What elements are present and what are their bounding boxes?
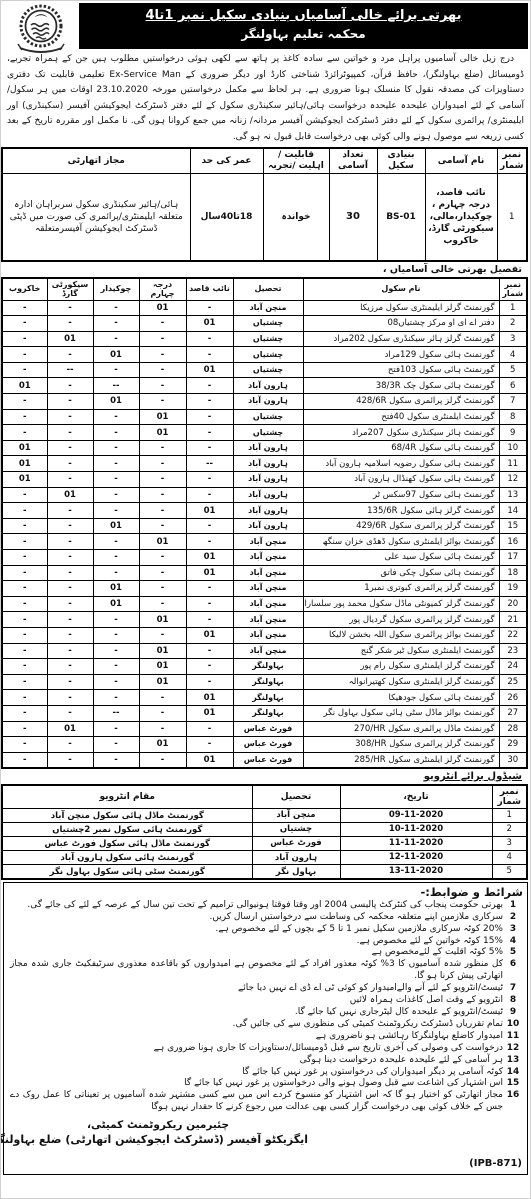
table-cell: - — [93, 440, 139, 456]
term-item: 8انٹرویو کے وقت اصل کاغذات ہمراہ لائیں — [8, 995, 523, 1007]
table-cell: - — [186, 581, 233, 597]
term-item: 7ٹیسٹ/انٹرویو کے لئے آنے والےامیدوار کو … — [8, 983, 523, 995]
table-cell: 01 — [139, 425, 186, 441]
table-cell: گورنمنٹ گرلز پرائمری سکول 428/6R — [303, 394, 499, 410]
department-name: محکمہ تعلیم بہاولنگر — [83, 25, 524, 43]
table-cell: - — [139, 472, 186, 488]
table-cell: - — [2, 752, 47, 768]
table-cell: گورنمنٹ ہائی سکول ہارون آباد — [2, 850, 252, 864]
table-cell: - — [186, 331, 233, 347]
term-number: 14 — [503, 1067, 523, 1079]
table-cell: -- — [93, 705, 139, 721]
table-cell: - — [186, 394, 233, 410]
table-cell: گورنمنٹ ایلمنٹری سکول ٹبر شکر گنج — [303, 643, 499, 659]
table-cell: گورنمنٹ ہائی سکول سید علی — [303, 550, 499, 566]
table-cell: - — [2, 643, 47, 659]
table-cell: - — [2, 503, 47, 519]
advert-reference-code: (IPB-871) — [469, 1158, 522, 1169]
table-cell: 01 — [93, 394, 139, 410]
table-cell: - — [2, 737, 47, 753]
table-cell: 22 — [499, 627, 527, 643]
table-cell: - — [47, 300, 93, 316]
table-cell: - — [139, 394, 186, 410]
table-cell: گورنمنٹ ہائی سکول 103فتح — [303, 362, 499, 378]
term-number: 8 — [503, 995, 523, 1007]
table-cell: گورنمنٹ گرلز کمیونٹی ماڈل سکول محمد پور … — [303, 596, 499, 612]
table-row: 8گورنمنٹ ایلمنٹری سکول 40فتحچشتیاں-01--- — [2, 409, 527, 425]
table-cell: -- — [47, 362, 93, 378]
table-cell: نائب قاصد، درجہ چہارم ، چوکیدار،مالی، سی… — [425, 174, 497, 261]
table-cell: 4 — [499, 347, 527, 363]
table-cell: 16 — [499, 534, 527, 550]
table-cell: - — [93, 503, 139, 519]
table-cell: - — [47, 409, 93, 425]
table-cell: - — [47, 752, 93, 768]
interview-schedule-table: نمبر شمارتاریخ،تحصیلمقام انٹرویو 109-11-… — [1, 784, 528, 880]
table-cell: گورنمنٹ گرلز ایلمنٹری سکول ‎285‎/HR — [303, 752, 499, 768]
punjab-government-crest-logo — [3, 3, 79, 49]
table-cell: - — [2, 409, 47, 425]
table-cell: 01 — [47, 487, 93, 503]
table-cell: 12-11-2020 — [340, 850, 492, 864]
table-cell: منچن آباد — [233, 300, 303, 316]
table-cell: گورنمنٹ ایلمنٹری سکول 40فتح — [303, 409, 499, 425]
table-cell: ہارون آباد — [233, 456, 303, 472]
table-cell: خواندہ — [263, 174, 329, 261]
table-cell: - — [47, 705, 93, 721]
table-row: 10گورنمنٹ ہائی سکول 68/4Rہارون آباد----0… — [2, 440, 527, 456]
table-cell: 7 — [499, 394, 527, 410]
table-cell: - — [139, 378, 186, 394]
table-row: 27گورنمنٹ بوائز ماڈل سٹی ہائی سکول بہاول… — [2, 705, 527, 721]
table-cell: 14 — [499, 503, 527, 519]
table-row: 2دفتر اے ای او مرکز چشتیاں08چشتیاں01---- — [2, 316, 527, 332]
table-row: 18گورنمنٹ ہائی سکول چکی فاتقمنچن آباد01-… — [2, 565, 527, 581]
column-header: بنیادی سکیل — [377, 148, 425, 174]
table-cell: چشتیاں — [233, 409, 303, 425]
table-cell: 21 — [499, 612, 527, 628]
table-cell: 18تا40سال — [190, 174, 263, 261]
table-cell: - — [93, 300, 139, 316]
table-cell: BS-01 — [377, 174, 425, 261]
term-text: امیدوار کاضلع بہاولنگرکا رہائشی ہو ناضرو… — [8, 1031, 503, 1043]
table-cell: - — [47, 581, 93, 597]
table-row: 3گورنمنٹ گرلز ہائر سیکنڈری سکول 202مرادچ… — [2, 331, 527, 347]
table-cell: گورنمنٹ گرلز ایلمنٹری سکول رام پور — [303, 659, 499, 675]
vacancy-table-header-row: نمبر شمارنام سکولتحصیلنائب قاصددرجہ چہار… — [2, 278, 527, 301]
table-cell: 01 — [186, 752, 233, 768]
table-row: 26گورنمنٹ ہائی سکول جودھیکابہاولنگر01---… — [2, 690, 527, 706]
table-cell: - — [186, 409, 233, 425]
term-item: 13ہر آسامی کے لئے علیحدہ علیحدہ درخواست … — [8, 1055, 523, 1067]
table-cell: 8 — [499, 409, 527, 425]
table-cell: - — [2, 565, 47, 581]
table-cell: - — [139, 456, 186, 472]
term-item: 1بھرتی حکومت پنجاب کی کنٹرکٹ پالیسی 2004… — [8, 900, 523, 912]
table-cell: - — [47, 659, 93, 675]
table-cell: فورٹ عباس — [233, 752, 303, 768]
table-cell: - — [186, 300, 233, 316]
table-cell: - — [2, 581, 47, 597]
table-cell: 4 — [492, 850, 527, 864]
table-cell: 26 — [499, 690, 527, 706]
table-cell: 01 — [139, 300, 186, 316]
table-cell: - — [186, 612, 233, 628]
table-cell: 01 — [47, 331, 93, 347]
table-cell: 12 — [499, 472, 527, 488]
table-cell: 01 — [186, 627, 233, 643]
table-cell: گورنمنٹ ہائی سکول جودھیکا — [303, 690, 499, 706]
interview-schedule-label: شیڈول برائے انٹرویو — [9, 771, 522, 783]
table-cell: بہاولنگر — [233, 674, 303, 690]
table-cell: - — [2, 627, 47, 643]
table-cell: 01 — [186, 565, 233, 581]
table-cell: - — [2, 705, 47, 721]
table-cell: گورنمنٹ ماڈل ہائی سکول منچن آباد — [2, 808, 252, 822]
table-cell: 18 — [499, 565, 527, 581]
table-cell: - — [47, 518, 93, 534]
table-cell: گورنمنٹ گرلز پرائمری سکول گردیال پور — [303, 612, 499, 628]
table-cell: 1 — [492, 808, 527, 822]
table-cell: گورنمنٹ ہائی سکول 68/4R — [303, 440, 499, 456]
table-cell: ہارون آباد — [233, 518, 303, 534]
table-row: 513-11-2020بہاول نگرگورنمنٹ سٹی ہائی سکو… — [2, 864, 527, 879]
table-cell: 3 — [499, 331, 527, 347]
table-cell: 01 — [186, 503, 233, 519]
table-cell: منچن آباد — [233, 596, 303, 612]
table-row: 25گورنمنٹ گرلز ایلمنٹری سکول کھتیرانوالہ… — [2, 674, 527, 690]
table-cell: - — [2, 659, 47, 675]
table-cell: - — [2, 534, 47, 550]
table-cell: چشتیاں — [233, 362, 303, 378]
table-cell: 01 — [139, 534, 186, 550]
table-cell: - — [47, 550, 93, 566]
table-cell: - — [139, 721, 186, 737]
table-cell: منچن آباد — [233, 643, 303, 659]
table-cell: گورنمنٹ ہائی سکول رضویہ اسلامیہ ہارون آب… — [303, 456, 499, 472]
column-header: تحصیل — [252, 785, 340, 809]
table-cell: 01 — [93, 581, 139, 597]
table-cell: - — [186, 596, 233, 612]
table-cell: گورنمنٹ ہائی سکول چک 38/3R — [303, 378, 499, 394]
table-cell: ہارون آباد — [233, 440, 303, 456]
table-cell: 11 — [499, 456, 527, 472]
table-cell: بہاولنگر — [233, 690, 303, 706]
table-cell: - — [93, 550, 139, 566]
term-item: 12درخواست کی وصولی کی آخری تاریخ سے قبل … — [8, 1043, 523, 1055]
table-cell: - — [139, 362, 186, 378]
signature-block: چئیرمین ریکروٹمنٹ کمیٹی، ایگزیکٹو آفیسر … — [8, 1118, 308, 1147]
table-cell: 20 — [499, 596, 527, 612]
table-cell: گورنمنٹ بوائز پرائمری سکول اللہ بخشن لال… — [303, 627, 499, 643]
table-cell: 9 — [499, 425, 527, 441]
table-cell: 25 — [499, 674, 527, 690]
table-cell: بہاول نگر — [252, 864, 340, 879]
table-cell: 5 — [499, 362, 527, 378]
term-number: 6 — [503, 959, 523, 983]
table-row: 19گورنمنٹ گرلز پرائمری کبوتری نمبر1منچن … — [2, 581, 527, 597]
term-item: 14کوٹہ آسامی پر دیگر امیدواران کی درخواس… — [8, 1067, 523, 1079]
term-text: سرکاری ملازمین اپنے متعلقہ محکمہ کی وساط… — [8, 912, 503, 924]
table-cell: - — [93, 472, 139, 488]
table-cell: 29 — [499, 737, 527, 753]
table-row: 29گورنمنٹ گرلز پرائمری سکول ‎308‎/HRفورٹ… — [2, 737, 527, 753]
term-item: 15اس اشتہار کی اشاعت سے قبل وصول ہونے وا… — [8, 1078, 523, 1090]
table-cell: - — [93, 316, 139, 332]
table-row: 13گورنمنٹ ہائی سکول 97سکس ٹرہارون آباد--… — [2, 487, 527, 503]
term-number: 7 — [503, 983, 523, 995]
term-text: انٹرویو کے وقت اصل کاغذات ہمراہ لائیں — [8, 995, 503, 1007]
table-cell: گورنمنٹ بوائز ماڈل سٹی ہائی سکول بہاول ن… — [303, 705, 499, 721]
table-cell: ہائی/ہائیر سکینڈری سکول سربراہان ادارہ م… — [2, 174, 190, 261]
table-cell: فورٹ عباس — [233, 737, 303, 753]
table-cell: گورنمنٹ ماڈل ہائی سکول فورٹ عباس — [2, 836, 252, 850]
term-number: 15 — [503, 1078, 523, 1090]
table-cell: - — [93, 643, 139, 659]
table-row: 15گورنمنٹ گرلز پرائمری سکول 429/6Rہارون … — [2, 518, 527, 534]
term-item: 11امیدوار کاضلع بہاولنگرکا رہائشی ہو ناض… — [8, 1031, 523, 1043]
term-number: 1 — [503, 900, 523, 912]
table-cell: - — [186, 659, 233, 675]
table-cell: 10-11-2020 — [340, 822, 492, 836]
table-row: 28گورنمنٹ ماڈل پرائمری سکول ‎270‎/HRفورٹ… — [2, 721, 527, 737]
table-cell: 01 — [186, 362, 233, 378]
term-number: 3 — [503, 924, 523, 936]
table-cell: - — [93, 534, 139, 550]
table-cell: گورنمنٹ ہائی سکول نمبر 2چشتیاں — [2, 822, 252, 836]
table-cell: - — [186, 347, 233, 363]
table-cell: ہارون آباد — [233, 503, 303, 519]
table-cell: 1 — [497, 174, 527, 261]
table-cell: - — [93, 456, 139, 472]
table-cell: - — [2, 487, 47, 503]
table-row: 14گورنمنٹ گرلز ہائی سکول 135/6Rہارون آبا… — [2, 503, 527, 519]
table-cell: - — [139, 581, 186, 597]
term-number: 9 — [503, 1007, 523, 1019]
table-cell: - — [139, 752, 186, 768]
table-cell: چشتیاں — [233, 316, 303, 332]
table-cell: 13-11-2020 — [340, 864, 492, 879]
term-text: کوٹہ آسامی پر دیگر امیدواران کی درخواستو… — [8, 1067, 503, 1079]
term-item: 320% کوٹہ سرکاری ملازمین سکیل نمبر 1 تا … — [8, 924, 523, 936]
table-cell: - — [93, 659, 139, 675]
column-header: درجہ چہارم — [139, 278, 186, 301]
table-cell: منچن آباد — [233, 627, 303, 643]
term-text: مجاز اتھارٹی کو اختیار ہو گا کہ اس اشتہا… — [8, 1090, 503, 1114]
column-header: چوکیدار — [93, 278, 139, 301]
table-cell: 17 — [499, 550, 527, 566]
job-advertisement-page: بھرتی برائے خالی آسامیاں بنیادی سکیل نمب… — [0, 0, 531, 1199]
table-cell: - — [139, 503, 186, 519]
column-header: نام سکول — [303, 278, 499, 301]
table-cell: - — [47, 456, 93, 472]
table-cell: -- — [93, 378, 139, 394]
table-cell: - — [47, 440, 93, 456]
terms-and-conditions-section: شرائط و ضوابط:- 1بھرتی حکومت پنجاب کی کن… — [3, 882, 528, 1175]
table-cell: گورنمنٹ ہائی سکول چکی فاتق — [303, 565, 499, 581]
table-cell: - — [47, 316, 93, 332]
table-cell: - — [139, 550, 186, 566]
table-cell: - — [47, 565, 93, 581]
column-header: عمر کی حد — [190, 148, 263, 174]
table-cell: گورنمنٹ گرلز ایلیمنٹری سکول مرزیکا — [303, 300, 499, 316]
table-row: 30گورنمنٹ گرلز ایلمنٹری سکول ‎285‎/HRفور… — [2, 752, 527, 768]
table-cell: - — [2, 394, 47, 410]
table-cell: 01 — [93, 596, 139, 612]
table-cell: - — [139, 705, 186, 721]
table-cell: - — [186, 487, 233, 503]
table-cell: - — [2, 425, 47, 441]
table-row: 210-11-2020چشتیاںگورنمنٹ ہائی سکول نمبر … — [2, 822, 527, 836]
table-cell: 01 — [139, 409, 186, 425]
table-cell: 01 — [93, 347, 139, 363]
table-row: 4گورنمنٹ ہائی سکول 129مرادچشتیاں--01-- — [2, 347, 527, 363]
table-cell: گورنمنٹ ہائی سکول 129مراد — [303, 347, 499, 363]
table-cell: 01 — [186, 316, 233, 332]
table-cell: - — [186, 425, 233, 441]
table-cell: 27 — [499, 705, 527, 721]
term-text: 20% کوٹہ سرکاری ملازمین سکیل نمبر 1 تا 5… — [8, 924, 503, 936]
table-cell: 6 — [499, 378, 527, 394]
table-cell: ہارون آباد — [252, 850, 340, 864]
table-row: 23گورنمنٹ ایلمنٹری سکول ٹبر شکر گنجمنچن … — [2, 643, 527, 659]
table-row: 6گورنمنٹ ہائی سکول چک 38/3Rہارون آباد---… — [2, 378, 527, 394]
table-cell: 09-11-2020 — [340, 808, 492, 822]
table-cell: 01 — [139, 612, 186, 628]
table-cell: گورنمنٹ ہائی سکول 97سکس ٹر — [303, 487, 499, 503]
table-cell: گورنمنٹ گرلز پرائمری کبوتری نمبر1 — [303, 581, 499, 597]
table-row: 12گورنمنٹ ہائی سکول کھنڈال ہارون آبادہار… — [2, 472, 527, 488]
table-cell: - — [186, 440, 233, 456]
term-number: 12 — [503, 1043, 523, 1055]
column-header: سیکورٹی گارڈ — [47, 278, 93, 301]
table-cell: 01 — [139, 737, 186, 753]
table-row: 11گورنمنٹ ہائی سکول رضویہ اسلامیہ ہارون … — [2, 456, 527, 472]
table-cell: - — [93, 690, 139, 706]
table-cell: - — [93, 409, 139, 425]
table-cell: - — [93, 487, 139, 503]
table-cell: - — [47, 674, 93, 690]
term-text: ہر آسامی کے لئے علیحدہ علیحدہ درخواست دی… — [8, 1055, 503, 1067]
table-cell: - — [93, 752, 139, 768]
table-row: 1گورنمنٹ گرلز ایلیمنٹری سکول مرزیکامنچن … — [2, 300, 527, 316]
table-cell: گورنمنٹ بوائز ایلمنٹری سکول ڈھڈی خزان سن… — [303, 534, 499, 550]
term-text: درخواست کی وصولی کی آخری تاریخ سے قبل ڈو… — [8, 1043, 503, 1055]
table-cell: 2 — [499, 316, 527, 332]
table-cell: - — [139, 347, 186, 363]
table-cell: - — [47, 425, 93, 441]
term-text: تمام تقرریاں ڈسٹرکٹ ریکروٹمنٹ کمیٹی کی م… — [8, 1019, 503, 1031]
advert-title: بھرتی برائے خالی آسامیاں بنیادی سکیل نمب… — [83, 6, 524, 25]
vacancy-detail-label: تفصیل بھرتی خالی آسامیاں ، — [9, 264, 522, 276]
column-header: نام آسامی — [425, 148, 497, 174]
table-cell: - — [93, 627, 139, 643]
term-number: 2 — [503, 912, 523, 924]
table-row: 16گورنمنٹ بوائز ایلمنٹری سکول ڈھڈی خزان … — [2, 534, 527, 550]
table-cell: 13 — [499, 487, 527, 503]
table-row: 24گورنمنٹ گرلز ایلمنٹری سکول رام پوربہاو… — [2, 659, 527, 675]
table-row: 20گورنمنٹ گرلز کمیونٹی ماڈل سکول محمد پو… — [2, 596, 527, 612]
column-header: نمبر شمار — [497, 148, 527, 174]
table-cell: گورنمنٹ ماڈل پرائمری سکول ‎270‎/HR — [303, 721, 499, 737]
table-cell: - — [186, 534, 233, 550]
table-cell: - — [47, 596, 93, 612]
table-cell: - — [139, 440, 186, 456]
table-cell: 01 — [186, 690, 233, 706]
column-header: مقام انٹرویو — [2, 785, 252, 809]
table-cell: - — [47, 643, 93, 659]
table-cell: - — [93, 331, 139, 347]
table-cell: - — [47, 534, 93, 550]
title-banner: بھرتی برائے خالی آسامیاں بنیادی سکیل نمب… — [79, 3, 528, 49]
post-summary-table: نمبر شمارنام آسامیبنیادی سکیلتعداد آسامی… — [1, 147, 528, 262]
table-cell: منچن آباد — [233, 612, 303, 628]
column-header: نمبر شمار — [492, 785, 527, 809]
schedule-table-header-row: نمبر شمارتاریخ،تحصیلمقام انٹرویو — [2, 785, 527, 809]
table-cell: 01 — [139, 674, 186, 690]
table-cell: - — [2, 300, 47, 316]
table-cell: ہارون آباد — [233, 378, 303, 394]
table-row: 7گورنمنٹ گرلز پرائمری سکول 428/6Rہارون آ… — [2, 394, 527, 410]
table-cell: - — [93, 612, 139, 628]
table-cell: - — [2, 596, 47, 612]
term-item: 6کل منظور شدہ آسامیوں کا 3% کوٹہ معذور ا… — [8, 959, 523, 983]
table-cell: - — [93, 674, 139, 690]
table-cell: 15 — [499, 518, 527, 534]
table-cell: گورنمنٹ گرلز ایلمنٹری سکول کھتیرانوالہ — [303, 674, 499, 690]
column-header: تاریخ، — [340, 785, 492, 809]
table-cell: - — [2, 690, 47, 706]
table-cell: - — [47, 690, 93, 706]
table-row: 1نائب قاصد، درجہ چہارم ، چوکیدار،مالی، س… — [2, 174, 527, 261]
table-cell: 01 — [2, 440, 47, 456]
page-header: بھرتی برائے خالی آسامیاں بنیادی سکیل نمب… — [3, 3, 528, 49]
table-cell: - — [47, 394, 93, 410]
table-cell: - — [47, 347, 93, 363]
table-row: 5گورنمنٹ ہائی سکول 103فتحچشتیاں01----- — [2, 362, 527, 378]
term-number: 13 — [503, 1055, 523, 1067]
table-cell: 11-11-2020 — [340, 836, 492, 850]
table-row: 412-11-2020ہارون آبادگورنمنٹ ہائی سکول ہ… — [2, 850, 527, 864]
executive-officer-title: ایگزیکٹو آفیسر (ڈسٹرکٹ ایجوکیشن اتھارٹی)… — [8, 1132, 308, 1147]
table-cell: - — [139, 518, 186, 534]
table-cell: 10 — [499, 440, 527, 456]
term-number: 16 — [503, 1090, 523, 1114]
table-cell: ہارون آباد — [233, 472, 303, 488]
table-cell: - — [47, 627, 93, 643]
table-cell: - — [2, 612, 47, 628]
table-cell: - — [47, 378, 93, 394]
table-cell: - — [139, 596, 186, 612]
table-row: 9گورنمنٹ ہائر سیکنڈری سکول 207مرادچشتیاں… — [2, 425, 527, 441]
table-cell: 30 — [329, 174, 377, 261]
table-cell: - — [139, 565, 186, 581]
table-cell: گورنمنٹ گرلز پرائمری سکول ‎308‎/HR — [303, 737, 499, 753]
table-cell: -- — [186, 456, 233, 472]
term-item: 2سرکاری ملازمین اپنے متعلقہ محکمہ کی وسا… — [8, 912, 523, 924]
table-cell: منچن آباد — [252, 808, 340, 822]
table-cell: 3 — [492, 836, 527, 850]
table-cell: بہاولنگر — [233, 705, 303, 721]
term-text: 15% کوٹہ خواتین کے لئے مخصوص ہے. — [8, 936, 503, 948]
table-row: 17گورنمنٹ ہائی سکول سید علیمنچن آباد01--… — [2, 550, 527, 566]
table-cell: 01 — [186, 705, 233, 721]
term-item: 9ٹیسٹ/انٹرویو کے علیحدہ کال لیٹرجاری نہی… — [8, 1007, 523, 1019]
table-cell: - — [186, 721, 233, 737]
table-cell: 01 — [47, 721, 93, 737]
table-cell: 5 — [492, 864, 527, 879]
table-cell: گورنمنٹ ہائر سیکنڈری سکول 207مراد — [303, 425, 499, 441]
